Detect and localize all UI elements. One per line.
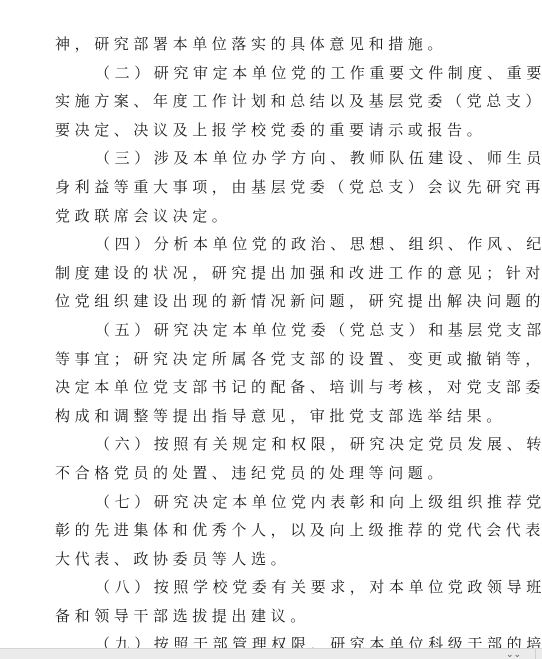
status-bar: ⌄⌄ — [0, 648, 542, 659]
text-line: 构成和调整等提出指导意见，审批党支部选举结果。 — [55, 402, 495, 431]
text-line: 大代表、政协委员等人选。 — [55, 545, 495, 574]
paragraph-2-start: （二）研究审定本单位党的工作重要文件制度、重要活动 — [55, 59, 495, 88]
divider — [535, 649, 536, 659]
text-line: 彰的先进集体和优秀个人，以及向上级推荐的党代会代表、人 — [55, 516, 495, 545]
paragraph-5-start: （五）研究决定本单位党委（党总支）和基层党支部换届 — [55, 316, 495, 345]
paragraph-4-start: （四）分析本单位党的政治、思想、组织、作风、纪律和 — [55, 230, 495, 259]
text-line: 神，研究部署本单位落实的具体意见和措施。 — [55, 30, 495, 59]
text-line: 位党组织建设出现的新情况新问题，研究提出解决问题的意见。 — [55, 287, 495, 316]
document-page: 神，研究部署本单位落实的具体意见和措施。 （二）研究审定本单位党的工作重要文件制… — [0, 0, 542, 648]
text-line: 制度建设的状况，研究提出加强和改进工作的意见；针对本单 — [55, 259, 495, 288]
text-line: 实施方案、年度工作计划和总结以及基层党委（党总支）的重 — [55, 87, 495, 116]
paragraph-8-start: （八）按照学校党委有关要求，对本单位党政领导班子配 — [55, 573, 495, 602]
document-body: 神，研究部署本单位落实的具体意见和措施。 （二）研究审定本单位党的工作重要文件制… — [55, 30, 495, 648]
text-line: 党政联席会议决定。 — [55, 202, 495, 231]
chevron-down-icon[interactable]: ⌄⌄ — [506, 650, 518, 659]
paragraph-3-start: （三）涉及本单位办学方向、教师队伍建设、师生员工切 — [55, 144, 495, 173]
text-line: 备和领导干部选拔提出建议。 — [55, 602, 495, 631]
text-line: 身利益等重大事项，由基层党委（党总支）会议先研究再提交 — [55, 173, 495, 202]
paragraph-7-start: （七）研究决定本单位党内表彰和向上级组织推荐党内表 — [55, 488, 495, 517]
text-line: 等事宜；研究决定所属各党支部的设置、变更或撤销等，研究 — [55, 345, 495, 374]
text-line: 决定本单位党支部书记的配备、培训与考核，对党支部委员的 — [55, 373, 495, 402]
text-line: 要决定、决议及上报学校党委的重要请示或报告。 — [55, 116, 495, 145]
paragraph-9-start: （九）按照干部管理权限，研究本单位科级干部的培养、 — [55, 630, 495, 648]
paragraph-6-start: （六）按照有关规定和权限，研究决定党员发展、转正和 — [55, 430, 495, 459]
text-line: 不合格党员的处置、违纪党员的处理等问题。 — [55, 459, 495, 488]
